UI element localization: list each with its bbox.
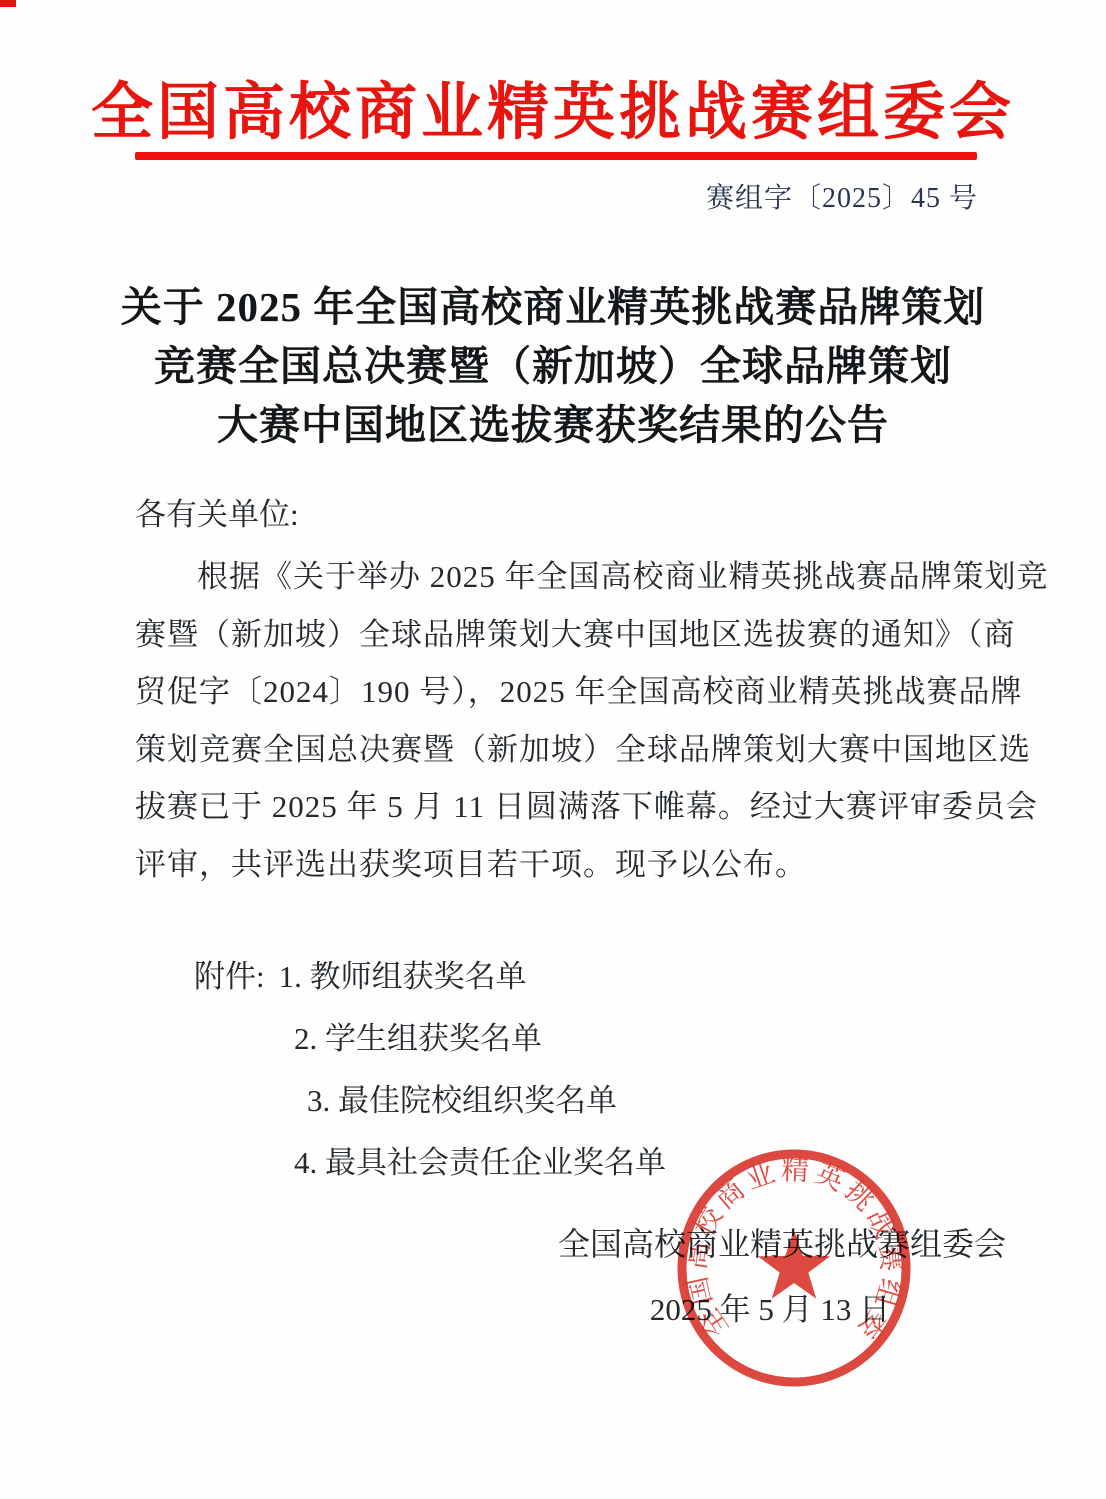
salutation: 各有关单位: bbox=[135, 492, 299, 538]
signature-date: 2025 年 5 月 13 日 bbox=[558, 1288, 982, 1332]
document-title-line-2: 竞赛全国总决赛暨（新加坡）全球品牌策划 bbox=[0, 337, 1106, 396]
document-header-org-name: 全国高校商业精英挑战赛组委会 bbox=[0, 62, 1106, 151]
signature-org-name: 全国高校商业精英挑战赛组委会 bbox=[558, 1222, 982, 1266]
body-line: 赛暨（新加坡）全球品牌策划大赛中国地区选拔赛的通知》（商 bbox=[135, 606, 977, 664]
body-line: 拔赛已于 2025 年 5 月 11 日圆满落下帷幕。经过大赛评审委员会 bbox=[135, 778, 977, 836]
attachment-item-3: 3. 最佳院校组织奖名单 bbox=[307, 1070, 617, 1132]
attachments-label: 附件: bbox=[194, 946, 265, 1008]
document-reference-number: 赛组字〔2025〕45 号 bbox=[706, 176, 978, 216]
corner-red-mark bbox=[0, 0, 16, 7]
attachment-row: 2. 学生组获奖名单 bbox=[194, 1008, 666, 1070]
attachment-row: 4. 最具社会责任企业奖名单 bbox=[194, 1132, 666, 1194]
header-divider-rule bbox=[135, 152, 977, 160]
attachment-row: 附件: 1. 教师组获奖名单 bbox=[194, 946, 666, 1008]
attachment-item-4: 4. 最具社会责任企业奖名单 bbox=[294, 1132, 666, 1194]
body-line: 根据《关于举办 2025 年全国高校商业精英挑战赛品牌策划竞 bbox=[135, 548, 977, 606]
official-document-page: 全国高校商业精英挑战赛组委会 赛组字〔2025〕45 号 关于 2025 年全国… bbox=[0, 0, 1106, 1499]
signature-block: 全国高校商业精英挑战赛组委会 2025 年 5 月 13 日 bbox=[558, 1222, 982, 1332]
body-line: 评审，共评选出获奖项目若干项。现予以公布。 bbox=[135, 836, 977, 894]
document-title: 关于 2025 年全国高校商业精英挑战赛品牌策划 竞赛全国总决赛暨（新加坡）全球… bbox=[0, 278, 1106, 455]
attachment-item-2: 2. 学生组获奖名单 bbox=[294, 1008, 542, 1070]
attachment-item-1: 1. 教师组获奖名单 bbox=[279, 946, 527, 1008]
document-title-line-3: 大赛中国地区选拔赛获奖结果的公告 bbox=[0, 396, 1106, 455]
body-paragraph: 根据《关于举办 2025 年全国高校商业精英挑战赛品牌策划竞 赛暨（新加坡）全球… bbox=[135, 548, 977, 893]
attachments-list: 附件: 1. 教师组获奖名单 2. 学生组获奖名单 3. 最佳院校组织奖名单 4… bbox=[194, 946, 666, 1194]
document-title-line-1: 关于 2025 年全国高校商业精英挑战赛品牌策划 bbox=[0, 278, 1106, 337]
body-line: 策划竞赛全国总决赛暨（新加坡）全球品牌策划大赛中国地区选 bbox=[135, 721, 977, 779]
body-line: 贸促字〔2024〕190 号），2025 年全国高校商业精英挑战赛品牌 bbox=[135, 663, 977, 721]
attachment-row: 3. 最佳院校组织奖名单 bbox=[194, 1070, 666, 1132]
